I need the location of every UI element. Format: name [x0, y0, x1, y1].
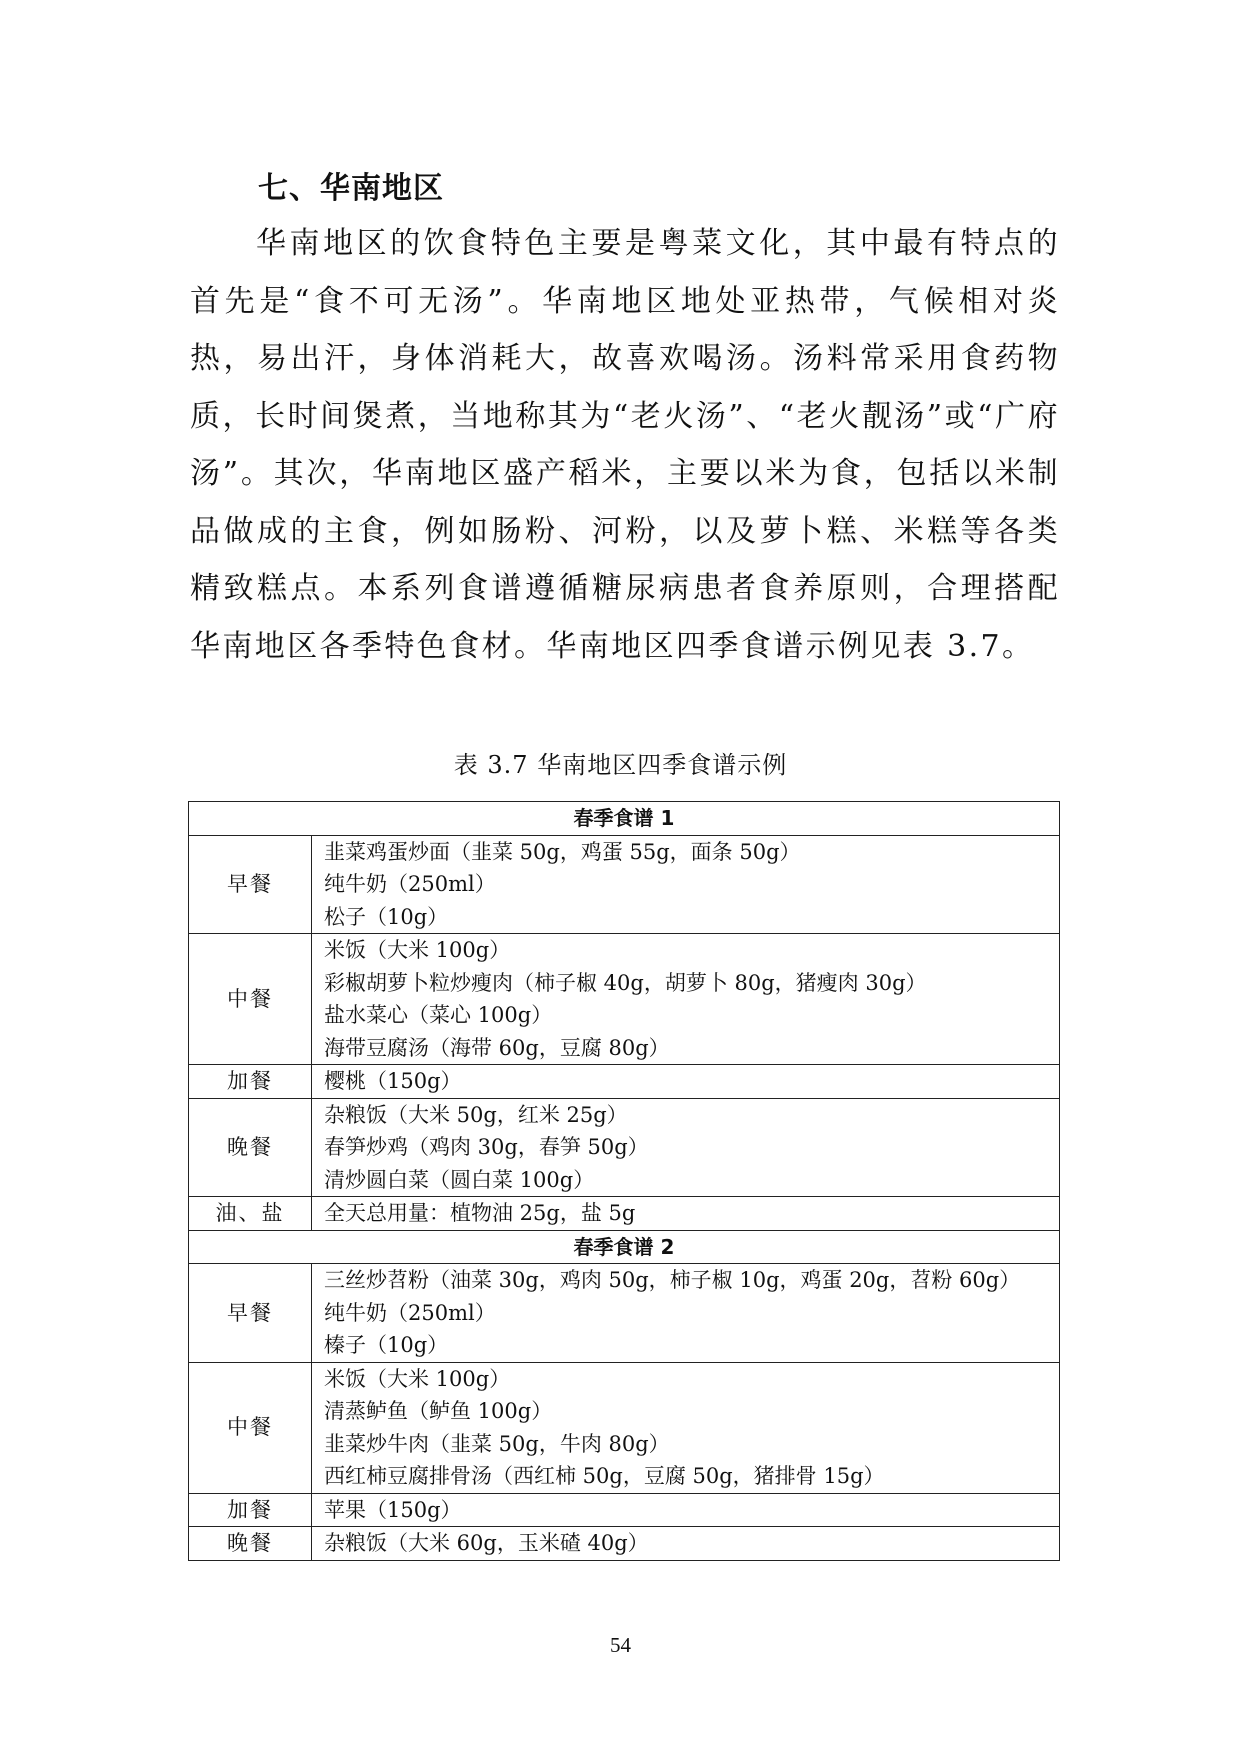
menu-item: 西红柿豆腐排骨汤（西红柿 50g，豆腐 50g，猪排骨 15g）: [324, 1460, 1047, 1493]
meal-label: 油、盐: [189, 1197, 312, 1231]
table-row: 晚餐 杂粮饭（大米 60g，玉米碴 40g）: [189, 1527, 1060, 1561]
meal-label: 中餐: [189, 934, 312, 1065]
menu-item: 松子（10g）: [324, 901, 1047, 934]
menu-item: 海带豆腐汤（海带 60g，豆腐 80g）: [324, 1032, 1047, 1065]
table-row: 中餐 米饭（大米 100g） 彩椒胡萝卜粒炒瘦肉（柿子椒 40g，胡萝卜 80g…: [189, 934, 1060, 1065]
meal-items: 米饭（大米 100g） 彩椒胡萝卜粒炒瘦肉（柿子椒 40g，胡萝卜 80g，猪瘦…: [312, 934, 1060, 1065]
meal-label: 中餐: [189, 1362, 312, 1493]
meal-label: 加餐: [189, 1065, 312, 1099]
seasonal-menu-table: 春季食谱 1 早餐 韭菜鸡蛋炒面（韭菜 50g，鸡蛋 55g，面条 50g） 纯…: [188, 801, 1060, 1561]
meal-label: 晚餐: [189, 1527, 312, 1561]
meal-label: 早餐: [189, 1264, 312, 1363]
meal-label: 早餐: [189, 835, 312, 934]
meal-items: 韭菜鸡蛋炒面（韭菜 50g，鸡蛋 55g，面条 50g） 纯牛奶（250ml） …: [312, 835, 1060, 934]
meal-items: 三丝炒苕粉（油菜 30g，鸡肉 50g，柿子椒 10g，鸡蛋 20g，苕粉 60…: [312, 1264, 1060, 1363]
menu-item: 清炒圆白菜（圆白菜 100g）: [324, 1164, 1047, 1197]
meal-items: 樱桃（150g）: [312, 1065, 1060, 1099]
menu-item: 杂粮饭（大米 60g，玉米碴 40g）: [324, 1527, 1047, 1560]
menu-item: 纯牛奶（250ml）: [324, 868, 1047, 901]
table-row: 早餐 三丝炒苕粉（油菜 30g，鸡肉 50g，柿子椒 10g，鸡蛋 20g，苕粉…: [189, 1264, 1060, 1363]
meal-label: 晚餐: [189, 1098, 312, 1197]
menu-item: 韭菜炒牛肉（韭菜 50g，牛肉 80g）: [324, 1428, 1047, 1461]
menu-item: 樱桃（150g）: [324, 1065, 1047, 1098]
menu-item: 韭菜鸡蛋炒面（韭菜 50g，鸡蛋 55g，面条 50g）: [324, 836, 1047, 869]
menu-item: 春笋炒鸡（鸡肉 30g，春笋 50g）: [324, 1131, 1047, 1164]
page-number: 54: [0, 1633, 1241, 1658]
meal-items: 全天总用量：植物油 25g，盐 5g: [312, 1197, 1060, 1231]
section-heading: 七、华南地区: [258, 163, 444, 207]
menu-item: 杂粮饭（大米 50g，红米 25g）: [324, 1099, 1047, 1132]
menu-item: 苹果（150g）: [324, 1494, 1047, 1527]
table-row: 加餐 苹果（150g）: [189, 1493, 1060, 1527]
menu-item: 纯牛奶（250ml）: [324, 1297, 1047, 1330]
paragraph-text: 华南地区的饮食特色主要是粤菜文化，其中最有特点的首先是“食不可无汤”。华南地区地…: [190, 215, 1060, 675]
meal-items: 苹果（150g）: [312, 1493, 1060, 1527]
menu-item: 彩椒胡萝卜粒炒瘦肉（柿子椒 40g，胡萝卜 80g，猪瘦肉 30g）: [324, 967, 1047, 1000]
menu-item: 三丝炒苕粉（油菜 30g，鸡肉 50g，柿子椒 10g，鸡蛋 20g，苕粉 60…: [324, 1264, 1047, 1297]
table-row: 加餐 樱桃（150g）: [189, 1065, 1060, 1099]
section-title: 春季食谱 1: [189, 802, 1060, 836]
meal-label: 加餐: [189, 1493, 312, 1527]
menu-item: 榛子（10g）: [324, 1329, 1047, 1362]
table-caption: 表 3.7 华南地区四季食谱示例: [0, 745, 1241, 780]
meal-items: 杂粮饭（大米 50g，红米 25g） 春笋炒鸡（鸡肉 30g，春笋 50g） 清…: [312, 1098, 1060, 1197]
menu-item: 米饭（大米 100g）: [324, 1363, 1047, 1396]
table-row: 晚餐 杂粮饭（大米 50g，红米 25g） 春笋炒鸡（鸡肉 30g，春笋 50g…: [189, 1098, 1060, 1197]
table-row: 早餐 韭菜鸡蛋炒面（韭菜 50g，鸡蛋 55g，面条 50g） 纯牛奶（250m…: [189, 835, 1060, 934]
meal-items: 米饭（大米 100g） 清蒸鲈鱼（鲈鱼 100g） 韭菜炒牛肉（韭菜 50g，牛…: [312, 1362, 1060, 1493]
meal-items: 杂粮饭（大米 60g，玉米碴 40g）: [312, 1527, 1060, 1561]
menu-item: 全天总用量：植物油 25g，盐 5g: [324, 1197, 1047, 1230]
menu-item: 清蒸鲈鱼（鲈鱼 100g）: [324, 1395, 1047, 1428]
menu-item: 米饭（大米 100g）: [324, 934, 1047, 967]
table-row: 中餐 米饭（大米 100g） 清蒸鲈鱼（鲈鱼 100g） 韭菜炒牛肉（韭菜 50…: [189, 1362, 1060, 1493]
table-row: 油、盐 全天总用量：植物油 25g，盐 5g: [189, 1197, 1060, 1231]
section-row: 春季食谱 1: [189, 802, 1060, 836]
menu-item: 盐水菜心（菜心 100g）: [324, 999, 1047, 1032]
body-paragraph: 华南地区的饮食特色主要是粤菜文化，其中最有特点的首先是“食不可无汤”。华南地区地…: [190, 215, 1060, 675]
section-title: 春季食谱 2: [189, 1230, 1060, 1264]
section-row: 春季食谱 2: [189, 1230, 1060, 1264]
